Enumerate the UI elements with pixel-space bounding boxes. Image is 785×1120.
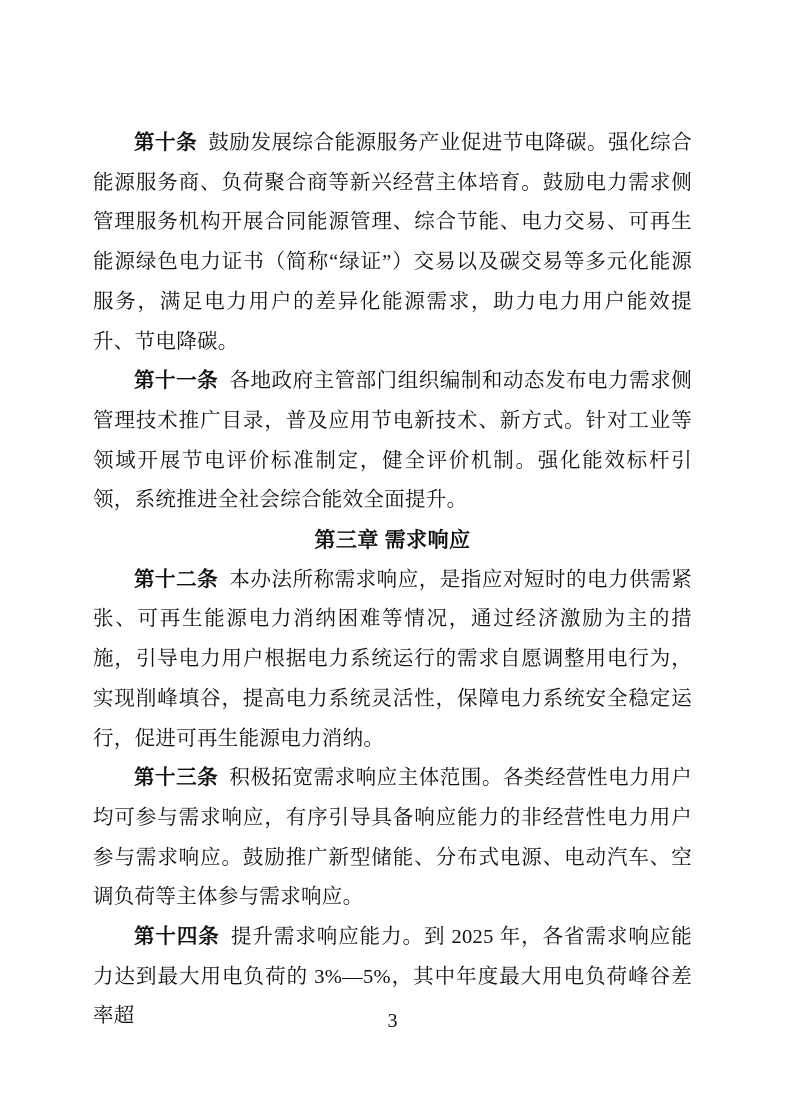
document-page: 第十条鼓励发展综合能源服务产业促进节电降碳。强化综合能源服务商、负荷聚合商等新兴… (0, 0, 785, 1120)
article-paragraph: 第十二条本办法所称需求响应，是指应对短时的电力供需紧张、可再生能源电力消纳困难等… (93, 561, 692, 760)
article-text: 鼓励发展综合能源服务产业促进节电降碳。强化综合能源服务商、负荷聚合商等新兴经营主… (93, 132, 692, 353)
document-body: 第十条鼓励发展综合能源服务产业促进节电降碳。强化综合能源服务商、负荷聚合商等新兴… (93, 124, 692, 1037)
article-text: 本办法所称需求响应，是指应对短时的电力供需紧张、可再生能源电力消纳困难等情况，通… (93, 569, 692, 750)
article-number: 第十三条 (134, 767, 218, 789)
article-number: 第十条 (134, 132, 197, 154)
article-number: 第十一条 (134, 370, 218, 392)
article-paragraph: 第十条鼓励发展综合能源服务产业促进节电降碳。强化综合能源服务商、负荷聚合商等新兴… (93, 124, 692, 362)
page-number: 3 (0, 1008, 785, 1034)
article-paragraph: 第十三条积极拓宽需求响应主体范围。各类经营性电力用户均可参与需求响应，有序引导具… (93, 759, 692, 918)
chapter-heading: 第三章 需求响应 (93, 521, 692, 561)
article-number: 第十二条 (134, 569, 218, 591)
article-paragraph: 第十一条各地政府主管部门组织编制和动态发布电力需求侧管理技术推广目录，普及应用节… (93, 362, 692, 521)
article-number: 第十四条 (134, 926, 220, 948)
